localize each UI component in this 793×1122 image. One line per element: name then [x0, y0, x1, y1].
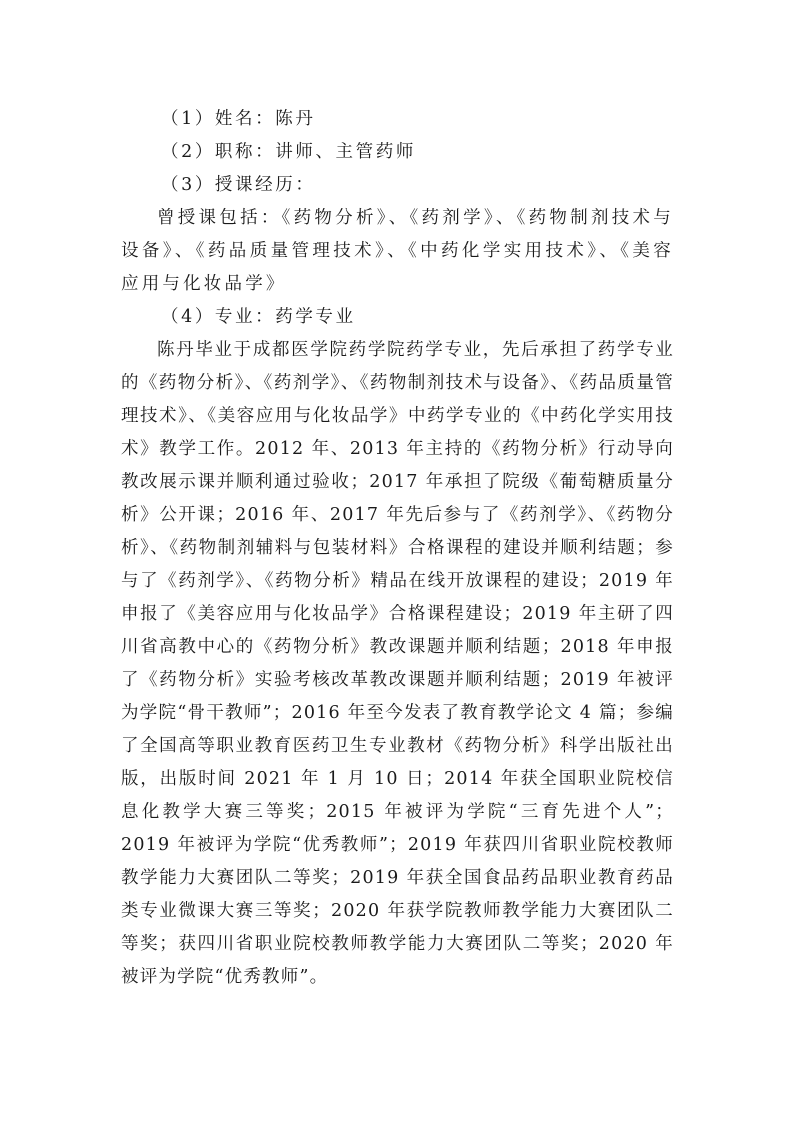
- teaching-history-heading: （3）授课经历：: [121, 169, 674, 202]
- document-page: （1）姓名：陈丹 （2）职称：讲师、主管药师 （3）授课经历： 曾授课包括：《药…: [121, 103, 674, 994]
- title-line: （2）职称：讲师、主管药师: [121, 136, 674, 169]
- name-line: （1）姓名：陈丹: [121, 103, 674, 136]
- biography-paragraph: 陈丹毕业于成都医学院药学院药学专业，先后承担了药学专业的《药物分析》、《药剂学》…: [121, 334, 674, 994]
- courses-paragraph: 曾授课包括：《药物分析》、《药剂学》、《药物制剂技术与设备》、《药品质量管理技术…: [121, 202, 674, 301]
- major-line: （4）专业：药学专业: [121, 301, 674, 334]
